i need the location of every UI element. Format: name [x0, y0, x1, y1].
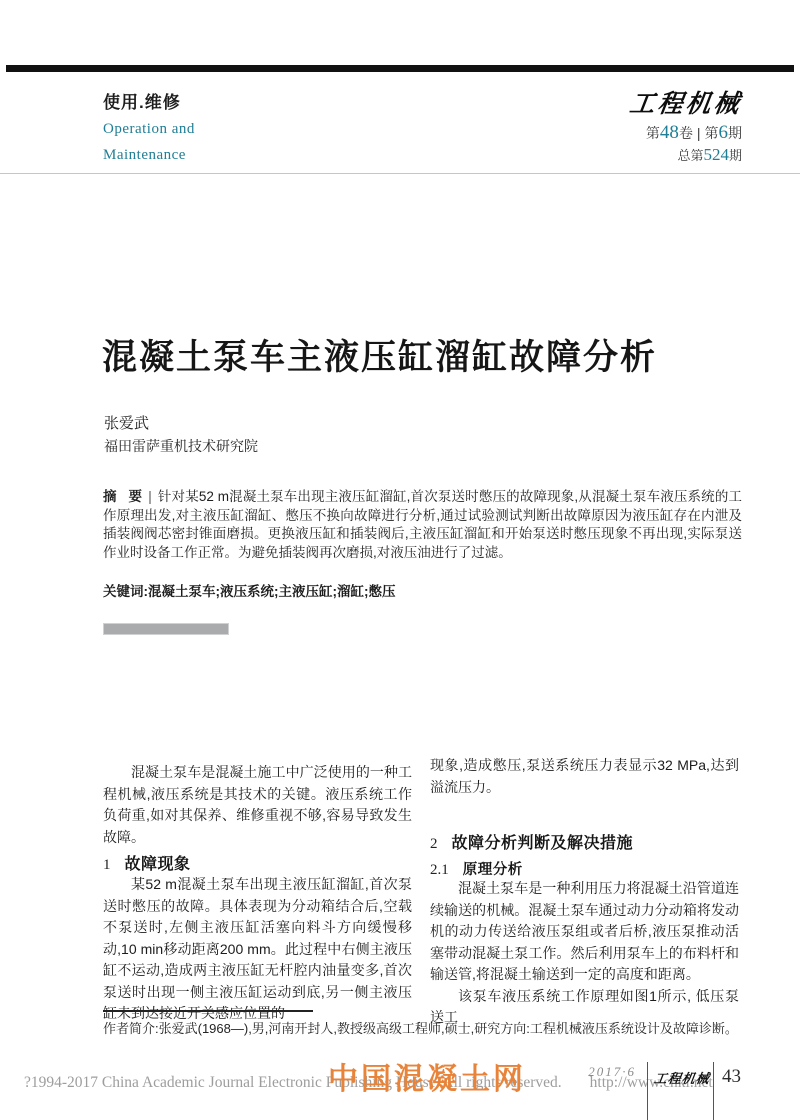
section-1-title: 故障现象	[125, 851, 191, 874]
total-issue-line: 总第524期	[630, 145, 742, 165]
continuation-paragraph: 现象,造成憋压,泵送系统压力表显示32 MPa,达到溢流压力。	[430, 755, 739, 798]
section-2-title: 故障分析判断及解决措施	[452, 830, 634, 853]
abstract: 摘 要|针对某52 m混凝土泵车出现主液压缸溜缸,首次泵送时憋压的故障现象,从混…	[103, 488, 742, 562]
left-column-body: 某52 m混凝土泵车出现主液压缸溜缸,首次泵送时憋压的故障。具体表现为分动箱结合…	[103, 874, 412, 1025]
section-heading-2-1: 2.1 原理分析	[430, 858, 523, 879]
footnote-divider-rule	[103, 1010, 313, 1012]
top-black-rule	[6, 65, 794, 72]
issue-suffix: 期	[728, 125, 742, 141]
section-title-en-line2: Maintenance	[103, 142, 195, 168]
left-column-intro: 混凝土泵车是混凝土施工中广泛使用的一种工程机械,液压系统是其技术的关键。液压系统…	[103, 762, 412, 848]
footer-journal-logo: 工程机械	[651, 1068, 714, 1087]
vol-prefix: 第	[646, 125, 660, 141]
vol-issue-separator: |	[697, 125, 701, 141]
section-1-number: 1	[103, 857, 111, 874]
redacted-gray-block	[103, 623, 229, 635]
principle-paragraph: 混凝土泵车是一种利用压力将混凝土沿管道连续输送的机械。混凝土泵车通过动力分动箱将…	[430, 878, 739, 986]
footer-vertical-rule-left	[647, 1062, 648, 1120]
issue-prefix: 第	[705, 125, 719, 141]
header-divider-rule	[0, 173, 800, 174]
total-suffix: 期	[729, 148, 742, 163]
section-heading-1: 1 故障现象	[103, 851, 191, 874]
section-2-1-title: 原理分析	[463, 858, 523, 879]
total-prefix: 总第	[677, 148, 703, 163]
article-title: 混凝土泵车主液压缸溜缸故障分析	[102, 330, 657, 380]
intro-paragraph: 混凝土泵车是混凝土施工中广泛使用的一种工程机械,液压系统是其技术的关键。液压系统…	[103, 762, 412, 848]
right-column-body: 混凝土泵车是一种利用压力将混凝土沿管道连续输送的机械。混凝土泵车通过动力分动箱将…	[430, 878, 739, 1029]
abstract-separator: |	[148, 489, 152, 504]
abstract-label: 摘 要	[103, 489, 146, 504]
watermark-text: 中国混凝土网	[328, 1054, 526, 1098]
author-bio-footnote: 作者简介:张爱武(1968—),男,河南开封人,教授级高级工程师,硕士,研究方向…	[103, 1018, 748, 1037]
right-column-continuation: 现象,造成憋压,泵送系统压力表显示32 MPa,达到溢流压力。	[430, 755, 739, 798]
fault-description-paragraph: 某52 m混凝土泵车出现主液压缸溜缸,首次泵送时憋压的故障。具体表现为分动箱结合…	[103, 874, 412, 1025]
section-heading-2: 2 故障分析判断及解决措施	[430, 830, 633, 853]
total-issue-number: 524	[703, 145, 729, 164]
section-title-en: Operation and Maintenance	[103, 116, 195, 168]
section-2-number: 2	[430, 836, 438, 853]
section-2-1-number: 2.1	[430, 862, 449, 879]
volume-issue-line: 第48卷|第6期	[630, 122, 742, 144]
author-affiliation: 福田雷萨重机技术研究院	[104, 436, 258, 456]
section-title-cn: 使用.维修	[103, 88, 181, 113]
keywords-line: 关键词:混凝土泵车;液压系统;主液压缸;溜缸;憋压	[103, 580, 395, 600]
footer-vertical-rule-right	[713, 1062, 714, 1120]
section-title-en-line1: Operation and	[103, 116, 195, 142]
journal-logo: 工程机械	[627, 84, 744, 120]
footer-issue-date: 2017·6	[588, 1064, 636, 1080]
abstract-text: 针对某52 m混凝土泵车出现主液压缸溜缸,首次泵送时憋压的故障现象,从混凝土泵车…	[103, 489, 742, 560]
vol-suffix: 卷	[679, 125, 693, 141]
journal-page: 使用.维修 Operation and Maintenance 工程机械 第48…	[0, 0, 800, 1120]
masthead: 工程机械 第48卷|第6期 总第524期	[630, 84, 742, 165]
issue-number: 6	[719, 122, 729, 143]
volume-number: 48	[660, 122, 679, 143]
author-name: 张爱武	[104, 412, 149, 433]
page-number: 43	[722, 1066, 741, 1088]
